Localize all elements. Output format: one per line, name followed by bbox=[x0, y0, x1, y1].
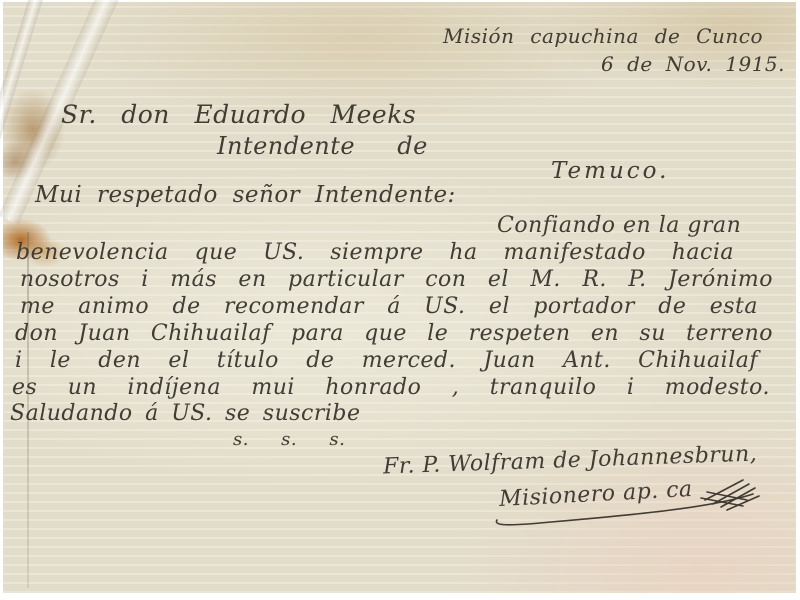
paper-crease bbox=[0, 0, 45, 252]
body-line: Saludando á US. se suscribe bbox=[10, 401, 361, 426]
recipient-name: Sr. don Eduardo Meeks bbox=[61, 100, 416, 129]
mission-heading: Misión capuchina de Cunco bbox=[443, 24, 763, 48]
letter-paper: Misión capuchina de Cunco 6 de Nov. 1915… bbox=[3, 2, 796, 593]
body-line: i le den el título de merced. Juan Ant. … bbox=[15, 348, 758, 373]
body-line: Confiando en la gran bbox=[497, 213, 741, 238]
body-line: nosotros i más en particular con el M. R… bbox=[20, 267, 773, 292]
body-line: me animo de recomendar á US. el portador… bbox=[20, 294, 758, 319]
body-line: benevolencia que US. siempre ha manifest… bbox=[16, 240, 734, 265]
recipient-city: Temuco. bbox=[551, 158, 669, 184]
closing-sss: s. s. s. bbox=[233, 429, 345, 450]
body-line: don Juan Chihuailaf para que le respeten… bbox=[15, 321, 773, 346]
signature-flourish bbox=[491, 474, 776, 532]
recipient-title: Intendente de bbox=[217, 132, 428, 160]
body-line: es un indíjena mui honrado , tranquilo i… bbox=[12, 375, 770, 400]
letter-date: 6 de Nov. 1915. bbox=[601, 52, 785, 76]
scanned-letter-page: Misión capuchina de Cunco 6 de Nov. 1915… bbox=[0, 0, 800, 600]
salutation: Mui respetado señor Intendente: bbox=[35, 182, 456, 208]
